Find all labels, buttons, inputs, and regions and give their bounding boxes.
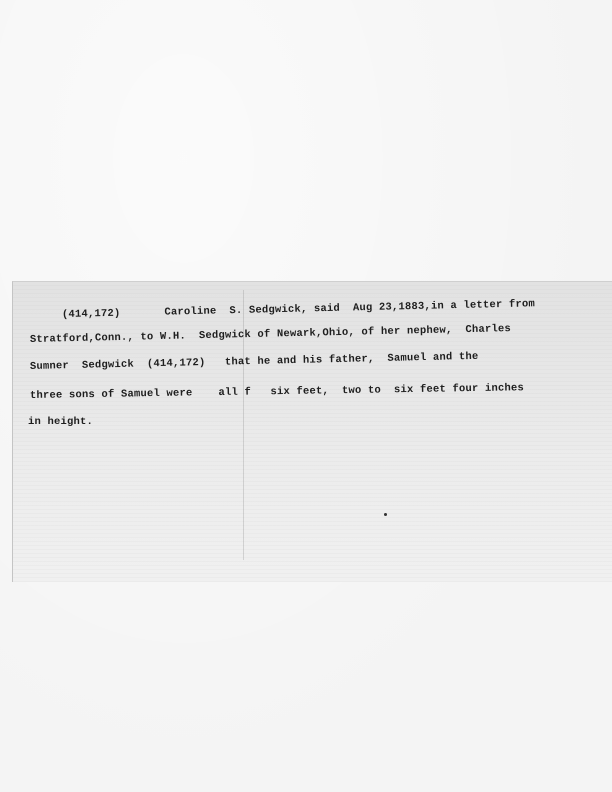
text-line-5: in height. — [28, 416, 93, 428]
typed-slip — [12, 281, 612, 582]
reference-number: (414,172) — [62, 308, 121, 321]
typed-text-block: (414,172)Caroline S. Sedgwick, said Aug … — [0, 0, 612, 72]
ink-speck — [384, 513, 387, 516]
line-text: in height. — [28, 416, 93, 428]
